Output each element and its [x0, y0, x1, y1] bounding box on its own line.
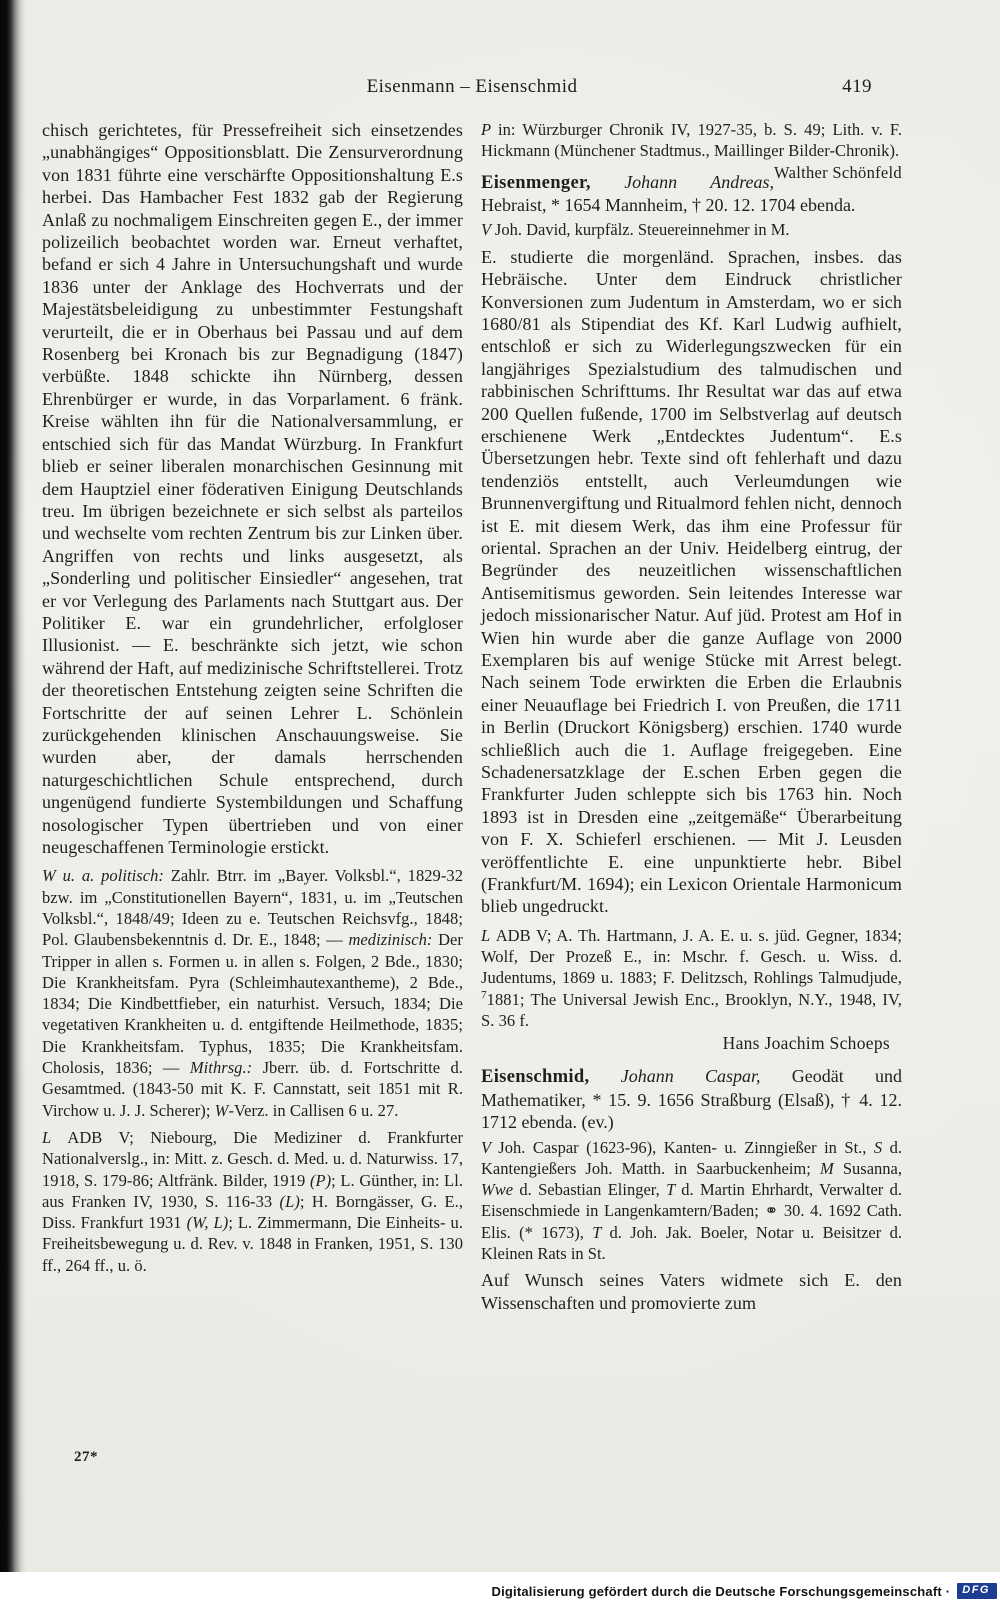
text-run: in: Würzburger Chronik IV, 1927-35, b. S…	[481, 120, 902, 160]
text-run: V	[481, 220, 495, 239]
biography-eisenschmid: Auf Wunsch seines Vaters widmete sich E.…	[481, 1269, 902, 1314]
literature-bibliography-eisenmenger: L ADB V; A. Th. Hartmann, J. A. E. u. s.…	[481, 925, 902, 1031]
text-run: Walther Schönfeld	[774, 162, 902, 183]
works-bibliography-eisenmann: W u. a. politisch: Zahlr. Btrr. im „Baye…	[42, 865, 463, 1121]
text-run: Joh. David, kurpfälz. Steuereinnehmer in…	[495, 220, 790, 239]
text-run: Hebraist, * 1654 Mannheim, † 20. 12. 170…	[481, 195, 855, 215]
text-run: medizinisch:	[348, 930, 438, 949]
text-run: chisch gerichtetes, für Pressefreiheit s…	[42, 120, 463, 857]
text-run: Der Tripper in allen s. Formen u. in all…	[42, 930, 463, 1077]
text-run: W u. a. politisch:	[42, 866, 171, 885]
text-columns: chisch gerichtetes, für Pressefreiheit s…	[42, 119, 902, 1314]
text-run: E. studierte die morgenländ. Sprachen, i…	[481, 247, 902, 917]
text-run: (L)	[280, 1192, 300, 1211]
text-run: Johann Caspar,	[589, 1066, 760, 1086]
entry-headline-eisenschmid: Eisenschmid, Johann Caspar, Geodät und M…	[481, 1065, 902, 1133]
text-run: Hans Joachim Schoeps	[723, 1033, 890, 1053]
text-run: M	[820, 1159, 843, 1178]
biography-eisenmenger: E. studierte die morgenländ. Sprachen, i…	[481, 246, 902, 918]
text-run: Auf Wunsch seines Vaters widmete sich E.…	[481, 1270, 902, 1312]
text-run: d. Sebastian Elinger,	[519, 1180, 666, 1199]
sheet-signature-mark: 27*	[74, 1449, 98, 1466]
text-run: (P)	[310, 1171, 331, 1190]
page-header: Eisenmann – Eisenschmid 419	[42, 76, 902, 102]
text-run: V	[481, 1138, 498, 1157]
literature-bibliography-eisenmann: L ADB V; Niebourg, Die Mediziner d. Fran…	[42, 1127, 463, 1276]
page-number: 419	[842, 76, 872, 98]
genealogy-eisenmenger: V Joh. David, kurpfälz. Steuereinnehmer …	[481, 219, 902, 240]
text-run: Mithrsg.:	[190, 1058, 263, 1077]
digitization-credit-text: Digitalisierung gefördert durch die Deut…	[492, 1584, 951, 1599]
portrait-reference-eisenmann: P in: Würzburger Chronik IV, 1927-35, b.…	[481, 119, 902, 162]
text-run: W	[215, 1101, 229, 1120]
text-run: L	[42, 1128, 67, 1147]
text-run: -Verz. in Callisen 6 u. 27.	[228, 1101, 398, 1120]
text-run: Johann Andreas,	[591, 172, 774, 192]
text-run: 1881; The Universal Jewish Enc., Brookly…	[481, 990, 902, 1030]
running-head: Eisenmann – Eisenschmid	[42, 76, 902, 98]
text-run: Joh. Caspar (1623-96), Kanten- u. Zinngi…	[498, 1138, 874, 1157]
scan-gutter-shadow	[0, 0, 27, 1572]
text-run: (W, L)	[187, 1213, 229, 1232]
text-run: T	[666, 1180, 681, 1199]
text-run: L	[481, 926, 496, 945]
scanned-dictionary-page: Eisenmann – Eisenschmid 419 chisch geric…	[0, 0, 1000, 1606]
digitization-credit-line: Digitalisierung gefördert durch die Deut…	[492, 1583, 998, 1599]
text-run: Susanna,	[843, 1159, 902, 1178]
author-signature-schoeps: Hans Joachim Schoeps	[481, 1031, 902, 1056]
text-run: P	[481, 120, 498, 139]
text-run: Eisenmenger,	[481, 172, 591, 193]
column-left: chisch gerichtetes, für Pressefreiheit s…	[42, 119, 463, 1314]
dfg-logo: DFG	[957, 1583, 997, 1599]
text-run: S	[874, 1138, 890, 1157]
column-right: P in: Würzburger Chronik IV, 1927-35, b.…	[481, 119, 902, 1314]
text-run: ADB V; A. Th. Hartmann, J. A. E. u. s. j…	[481, 926, 902, 988]
continuation-paragraph-eisenmann: chisch gerichtetes, für Pressefreiheit s…	[42, 119, 463, 858]
text-run: T	[592, 1223, 609, 1242]
text-run: Eisenschmid,	[481, 1066, 589, 1087]
genealogy-eisenschmid: V Joh. Caspar (1623-96), Kanten- u. Zinn…	[481, 1137, 902, 1265]
text-run: Wwe	[481, 1180, 519, 1199]
